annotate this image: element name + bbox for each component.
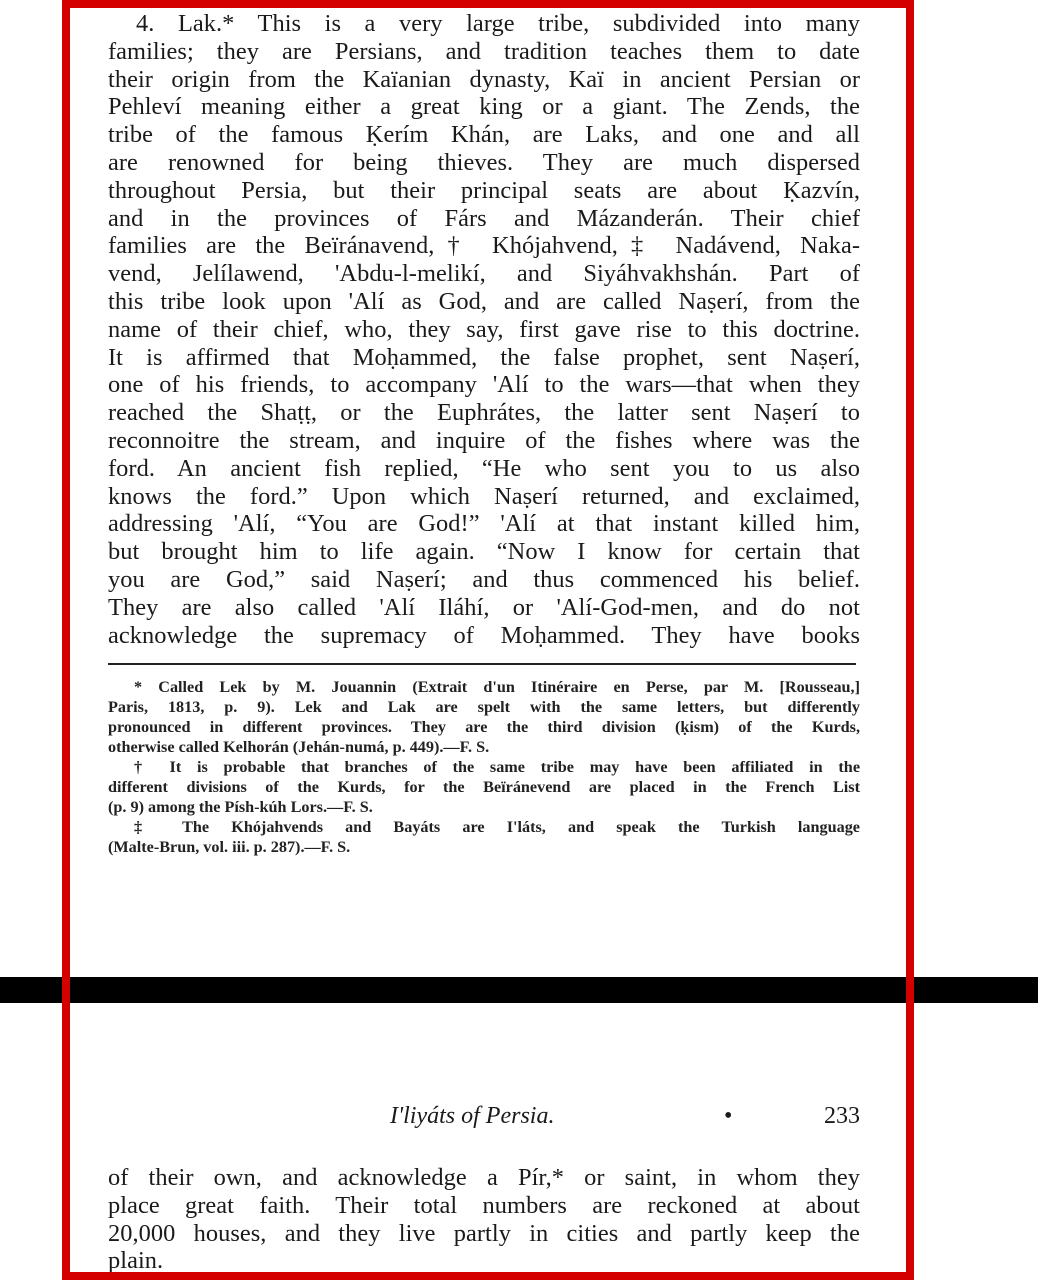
footnote-dagger: † It is probable that branches of the sa… — [108, 757, 860, 817]
body-line: 4. Lak.* This is a very large tribe, sub… — [108, 10, 860, 38]
body-line: and in the provinces of Fárs and Mázande… — [108, 205, 860, 233]
footnote-double-dagger: ‡ The Khójahvends and Bayáts are I'láts,… — [108, 817, 860, 857]
body-line: vend, Jelílawend, 'Abdu-l-melikí, and Si… — [108, 260, 860, 288]
body-line: It is affirmed that Moḥammed, the false … — [108, 344, 860, 372]
body-line: knows the ford.” Upon which Naṣerí retur… — [108, 483, 860, 511]
footnote-line: (p. 9) among the Písh-kúh Lors.—F. S. — [108, 797, 860, 817]
footnote-line: otherwise called Kelhorán (Jehán-numá, p… — [108, 737, 860, 757]
body-line: name of their chief, who, they say, firs… — [108, 316, 860, 344]
body-line: 20,000 houses, and they live partly in c… — [108, 1220, 860, 1248]
page-232-content: 4. Lak.* This is a very large tribe, sub… — [108, 10, 860, 857]
body-line: plain. — [108, 1247, 860, 1275]
page-number: 233 — [824, 1103, 860, 1130]
page-233-content: of their own, and acknowledge a Pír,* or… — [108, 1164, 860, 1275]
body-line: acknowledge the supremacy of Moḥammed. T… — [108, 622, 860, 650]
body-line: one of his friends, to accompany 'Alí to… — [108, 371, 860, 399]
bullet-mark: • — [724, 1103, 732, 1130]
footnote-line: * Called Lek by M. Jouannin (Extrait d'u… — [108, 677, 860, 697]
body-line: reconnoitre the stream, and inquire of t… — [108, 427, 860, 455]
body-line: are renowned for being thieves. They are… — [108, 149, 860, 177]
body-line: throughout Persia, but their principal s… — [108, 177, 860, 205]
footnote-line: Paris, 1813, p. 9). Lek and Lak are spel… — [108, 697, 860, 717]
body-line: They are also called 'Alí Iláhí, or 'Alí… — [108, 594, 860, 622]
body-line: their origin from the Kaïanian dynasty, … — [108, 66, 860, 94]
body-line: addressing 'Alí, “You are God!” 'Alí at … — [108, 510, 860, 538]
running-title: I'liyáts of Persia. — [390, 1103, 554, 1130]
footnote-asterisk: * Called Lek by M. Jouannin (Extrait d'u… — [108, 677, 860, 757]
footnote-line: different divisions of the Kurds, for th… — [108, 777, 860, 797]
footnotes: * Called Lek by M. Jouannin (Extrait d'u… — [108, 677, 860, 857]
footnote-rule — [108, 663, 856, 665]
body-paragraph: 4. Lak.* This is a very large tribe, sub… — [108, 10, 860, 649]
body-line: of their own, and acknowledge a Pír,* or… — [108, 1164, 860, 1192]
page-separator-bar — [0, 977, 1038, 1003]
body-line: but brought him to life again. “Now I kn… — [108, 538, 860, 566]
body-line: Pehleví meaning either a great king or a… — [108, 93, 860, 121]
footnote-line: ‡ The Khójahvends and Bayáts are I'láts,… — [108, 817, 860, 837]
body-line: tribe of the famous Ḳerím Khán, are Laks… — [108, 121, 860, 149]
footnote-line: (Malte-Brun, vol. iii. p. 287).—F. S. — [108, 837, 860, 857]
body-line: this tribe look upon 'Alí as God, and ar… — [108, 288, 860, 316]
body-line: reached the Shaṭṭ, or the Euphrátes, the… — [108, 399, 860, 427]
body-line: families; they are Persians, and traditi… — [108, 38, 860, 66]
page-header: I'liyáts of Persia. • 233 — [108, 1103, 860, 1137]
body-line: place great faith. Their total numbers a… — [108, 1192, 860, 1220]
footnote-line: † It is probable that branches of the sa… — [108, 757, 860, 777]
body-line: ford. An ancient fish replied, “He who s… — [108, 455, 860, 483]
body-line: families are the Beïránavend,† Khójahven… — [108, 232, 860, 260]
footnote-line: pronounced in different provinces. They … — [108, 717, 860, 737]
body-line: you are God,” said Naṣerí; and thus comm… — [108, 566, 860, 594]
body-paragraph: of their own, and acknowledge a Pír,* or… — [108, 1164, 860, 1275]
